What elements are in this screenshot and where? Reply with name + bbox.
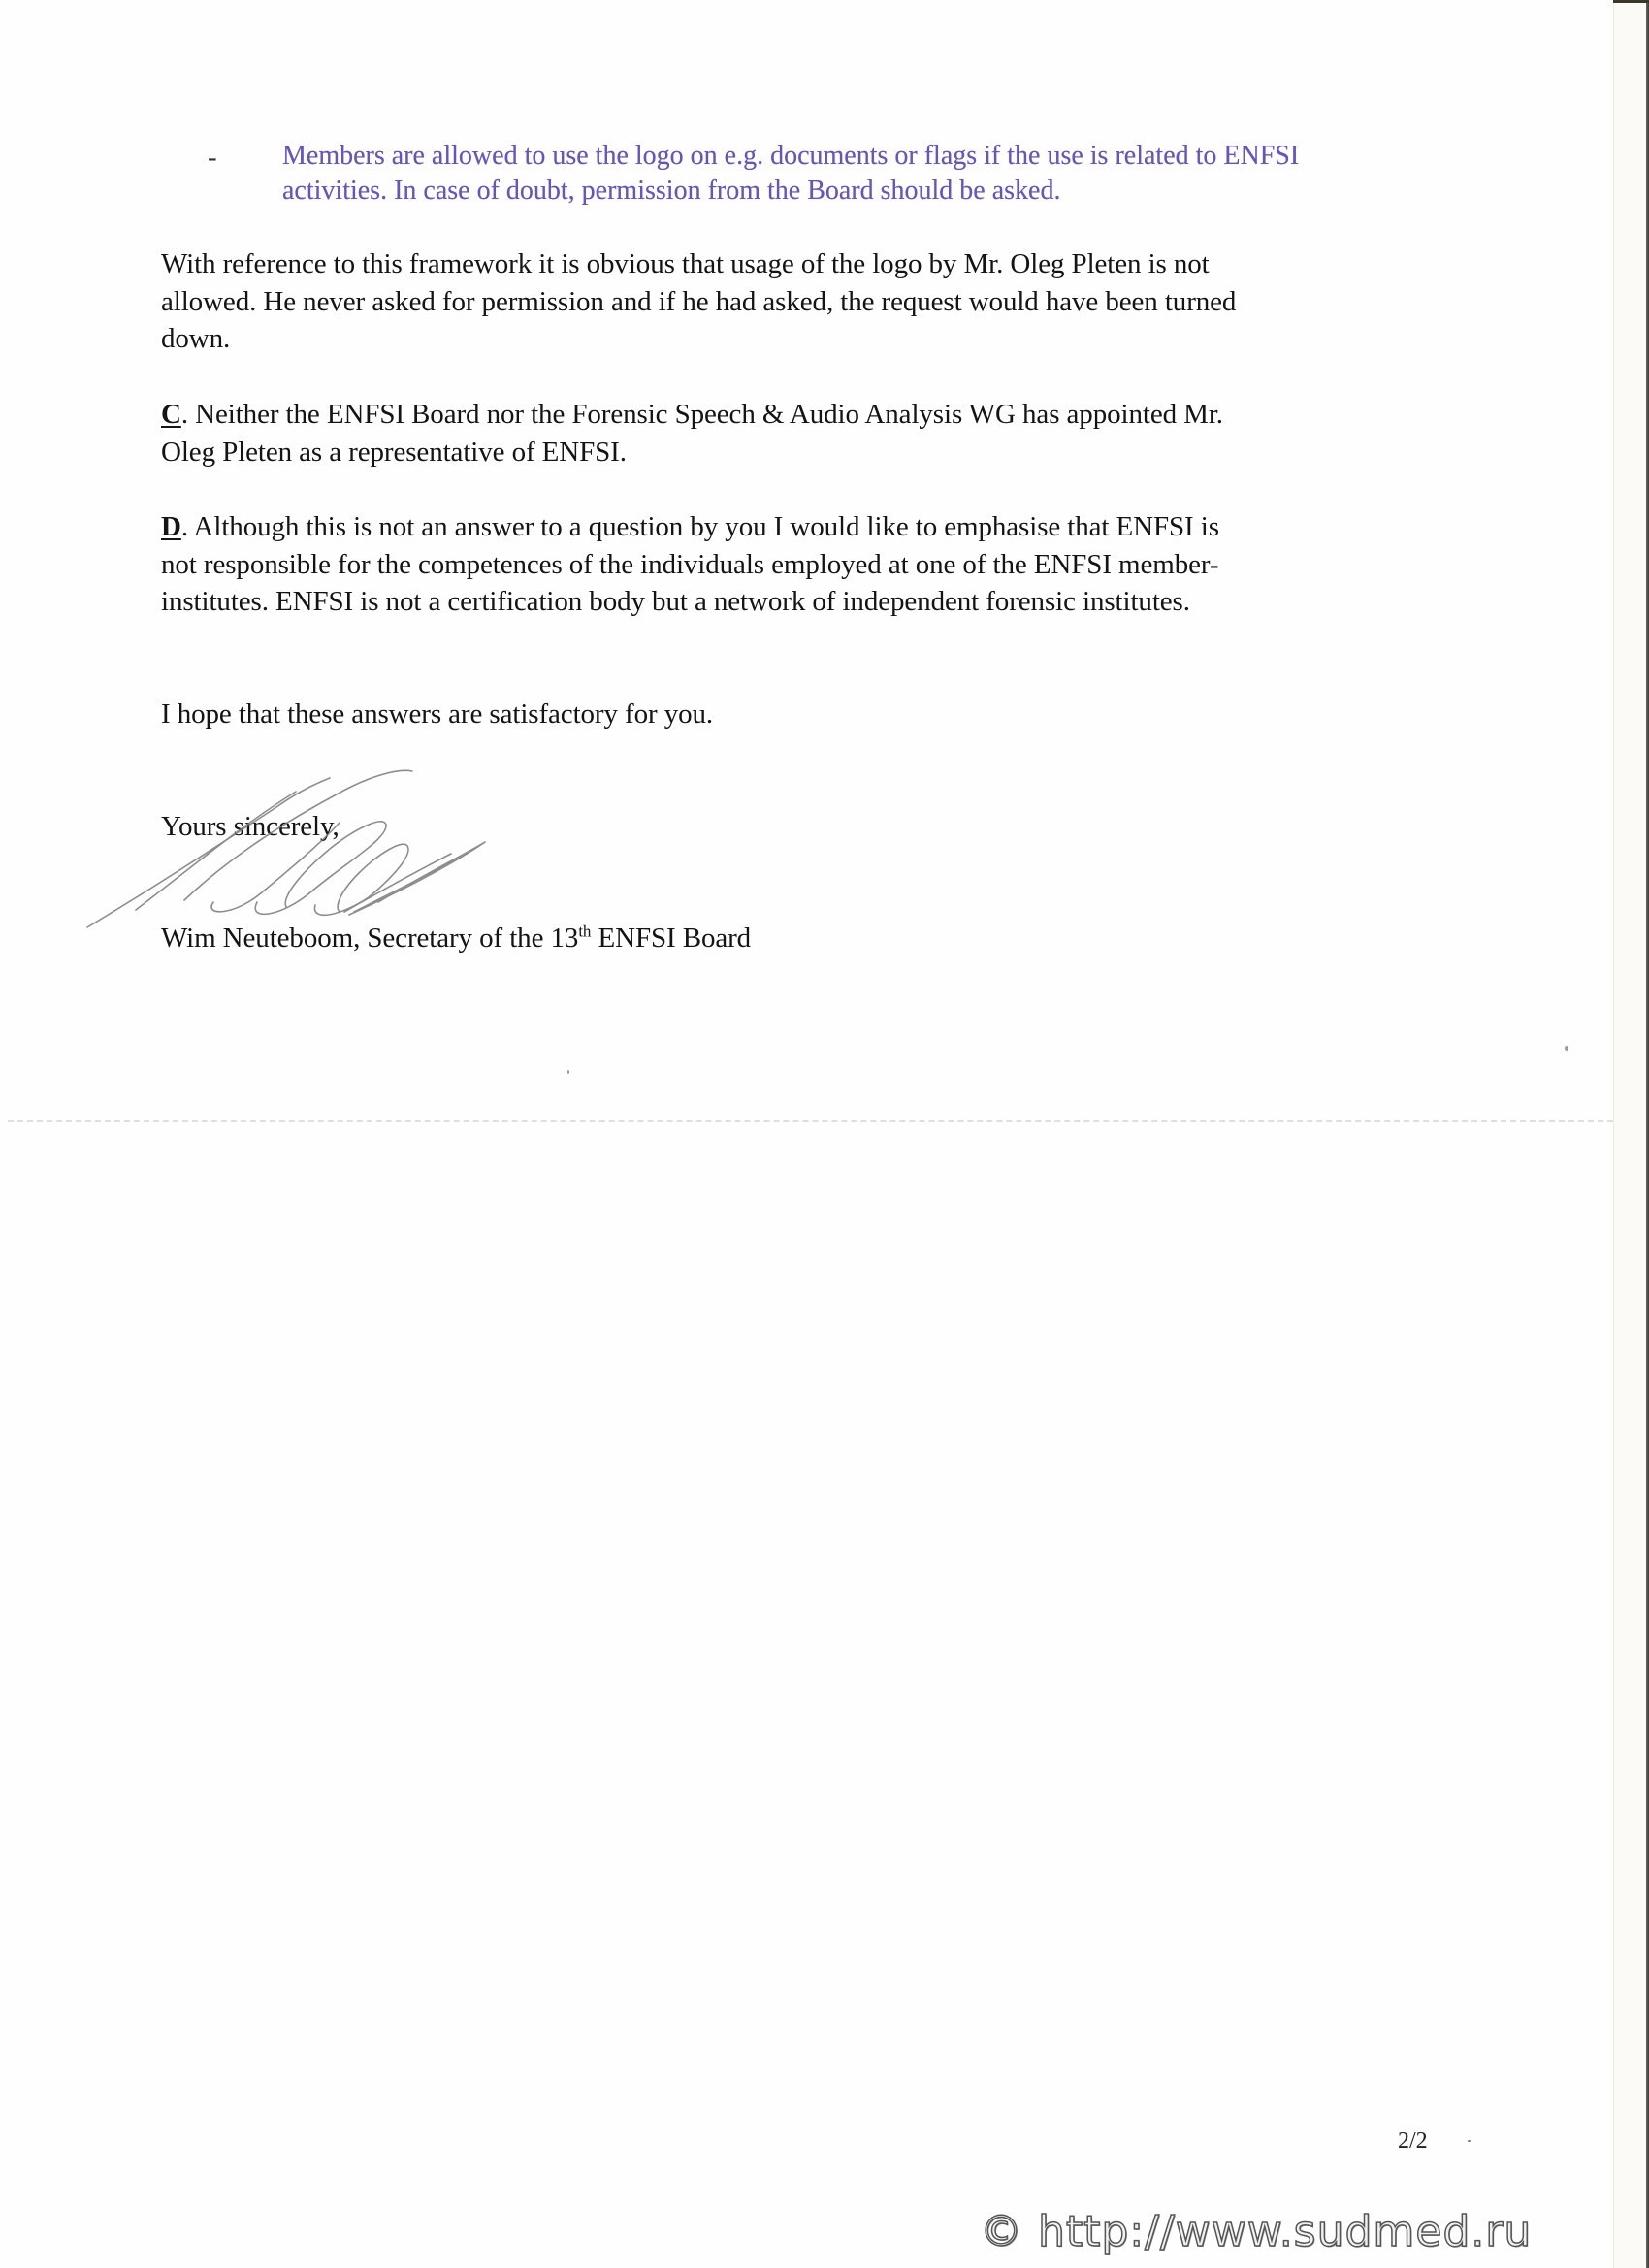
paragraph-line: D. Although this is not an answer to a q… [161, 508, 1219, 546]
closing-remark: I hope that these answers are satisfacto… [161, 696, 713, 733]
scan-speck [1565, 1046, 1568, 1051]
paper-fold-line [8, 1120, 1613, 1122]
bullet-marker: - [208, 139, 217, 176]
paragraph-c: C. Neither the ENFSI Board nor the Foren… [161, 396, 1223, 470]
bullet-line: activities. In case of doubt, permission… [282, 174, 1299, 209]
scan-speck [1468, 2140, 1471, 2142]
bullet-line: Members are allowed to use the logo on e… [282, 139, 1299, 174]
paragraph-framework: With reference to this framework it is o… [161, 245, 1236, 358]
paragraph-d: D. Although this is not an answer to a q… [161, 508, 1219, 621]
signatory-name-title: Wim Neuteboom, Secretary of the 13th ENF… [161, 920, 751, 957]
paragraph-line: down. [161, 320, 1236, 358]
page-number: 2/2 [1398, 2128, 1428, 2155]
salutation: Yours sincerely, [161, 808, 339, 846]
scan-border-top [1613, 0, 1649, 3]
paragraph-line: allowed. He never asked for permission a… [161, 283, 1236, 321]
paragraph-line: institutes. ENFSI is not a certification… [161, 583, 1219, 621]
copyright-watermark: © http://www.sudmed.ru [980, 2207, 1532, 2256]
section-label-d: D [161, 511, 181, 542]
bullet-logo-usage-rule: Members are allowed to use the logo on e… [282, 139, 1299, 209]
paragraph-line: not responsible for the competences of t… [161, 546, 1219, 584]
scan-border-edge [1613, 0, 1649, 2268]
paragraph-line: Oleg Pleten as a representative of ENFSI… [161, 434, 1223, 471]
paragraph-line: C. Neither the ENFSI Board nor the Foren… [161, 396, 1223, 434]
scan-speck [567, 1070, 569, 1074]
paragraph-line: With reference to this framework it is o… [161, 245, 1236, 283]
scanned-letter-page: - Members are allowed to use the logo on… [0, 0, 1613, 2268]
section-label-c: C [161, 399, 181, 430]
